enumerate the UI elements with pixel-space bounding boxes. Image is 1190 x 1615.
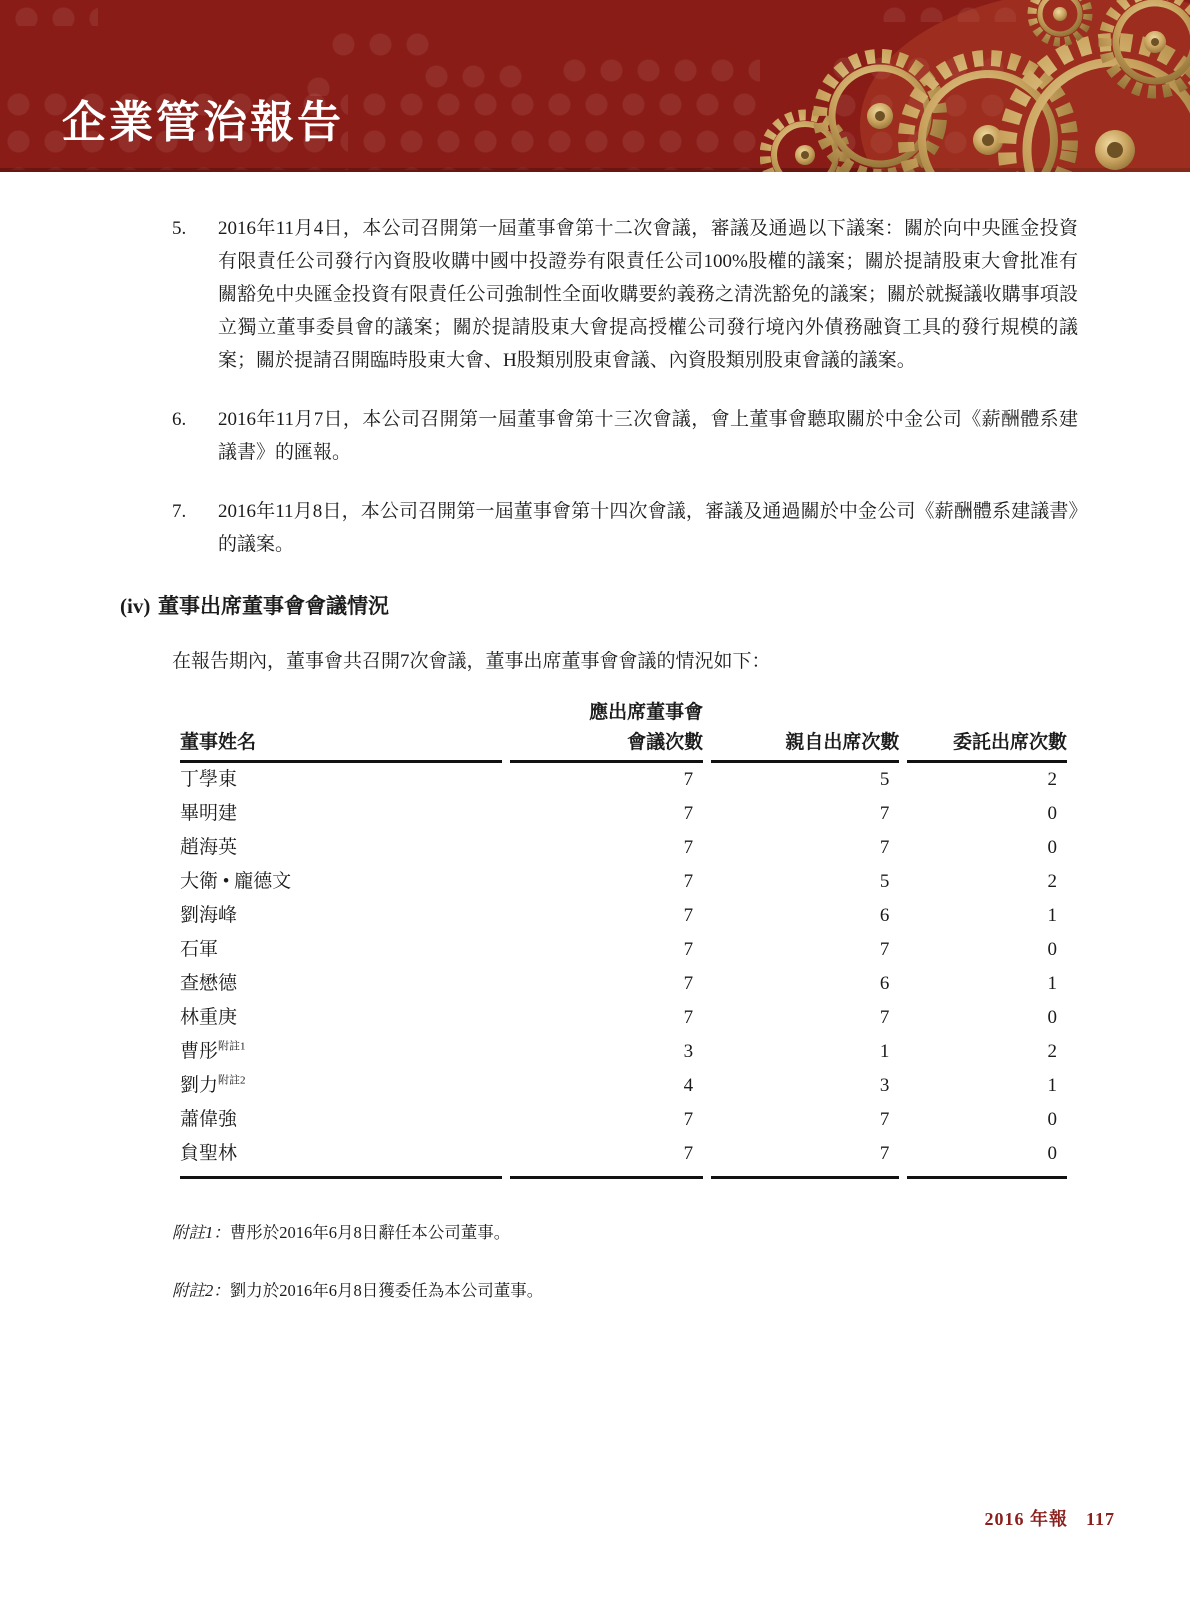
dot-pattern [325, 26, 429, 58]
director-name-cell: 畢明建 [180, 797, 502, 831]
required-meetings-cell: 7 [510, 797, 703, 831]
dot-pattern [8, 0, 98, 26]
table-row: 大衛 • 龐德文 7 5 2 [180, 865, 1067, 899]
director-name: 劉海峰 [180, 905, 237, 926]
proxy-cell: 0 [907, 1103, 1067, 1137]
required-meetings-cell: 7 [510, 1001, 703, 1035]
proxy-cell: 2 [907, 1035, 1067, 1069]
table-row: 劉力附註2 4 3 1 [180, 1069, 1067, 1103]
director-name: 大衛 • 龐德文 [180, 871, 291, 892]
table-row: 查懋德 7 6 1 [180, 967, 1067, 1001]
footnote: 附註2：劉力於2016年6月8日獲委任為本公司董事。 [172, 1279, 1078, 1303]
required-meetings-cell: 7 [510, 899, 703, 933]
director-name-cell: 趙海英 [180, 831, 502, 865]
in-person-cell: 5 [711, 865, 899, 899]
attendance-table: 應出席董事會 董事姓名 會議次數 親自出席次數 委託出席次數 丁學東 7 [172, 698, 1075, 1179]
in-person-cell: 7 [711, 797, 899, 831]
director-name-cell: 查懋德 [180, 967, 502, 1001]
header-attended-by-proxy: 委託出席次數 [907, 728, 1067, 763]
item-text: 2016年11月8日，本公司召開第一屆董事會第十四次會議，審議及通過關於中金公司… [218, 495, 1078, 561]
section-marker: (iv) [120, 591, 158, 621]
required-meetings-cell: 3 [510, 1035, 703, 1069]
table-row: 趙海英 7 7 0 [180, 831, 1067, 865]
attendance-table-body: 丁學東 7 5 2 畢明建 7 7 0 趙海英 7 [180, 763, 1067, 1179]
header-spacer [180, 698, 502, 728]
footnote-ref: 附註1 [218, 1041, 246, 1053]
director-name: 查懋德 [180, 973, 237, 994]
table-row: 曹彤附註1 3 1 2 [180, 1035, 1067, 1069]
dot-pattern [556, 52, 760, 84]
director-name: 趙海英 [180, 837, 237, 858]
required-meetings-cell: 7 [510, 967, 703, 1001]
item-text: 2016年11月4日，本公司召開第一屆董事會第十二次會議，審議及通過以下議案：關… [218, 212, 1078, 377]
table-row: 石軍 7 7 0 [180, 933, 1067, 967]
header-required-line1: 應出席董事會 [510, 698, 703, 728]
proxy-cell: 2 [907, 865, 1067, 899]
director-name: 林重庚 [180, 1007, 237, 1028]
report-name: 2016 年報 [984, 1509, 1068, 1529]
in-person-cell: 7 [711, 1103, 899, 1137]
in-person-cell: 7 [711, 1137, 899, 1179]
page-content: 5. 2016年11月4日，本公司召開第一屆董事會第十二次會議，審議及通過以下議… [0, 212, 1190, 1303]
footnotes: 附註1：曹彤於2016年6月8日辭任本公司董事。 附註2：劉力於2016年6月8… [172, 1221, 1078, 1303]
director-name: 畢明建 [180, 803, 237, 824]
section-title: 董事出席董事會會議情況 [158, 591, 389, 621]
in-person-cell: 7 [711, 1001, 899, 1035]
director-name: 貟聖林 [180, 1143, 237, 1164]
page-footer: 2016 年報117 [984, 1505, 1115, 1531]
footnote: 附註1：曹彤於2016年6月8日辭任本公司董事。 [172, 1221, 1078, 1245]
numbered-item: 5. 2016年11月4日，本公司召開第一屆董事會第十二次會議，審議及通過以下議… [120, 212, 1078, 377]
footnote-label: 附註1： [172, 1223, 230, 1242]
in-person-cell: 3 [711, 1069, 899, 1103]
proxy-cell: 1 [907, 967, 1067, 1001]
item-text: 2016年11月7日，本公司召開第一屆董事會第十三次會議，會上董事會聽取關於中金… [218, 403, 1078, 469]
table-row: 畢明建 7 7 0 [180, 797, 1067, 831]
in-person-cell: 6 [711, 899, 899, 933]
footnote-ref: 附註2 [218, 1075, 246, 1087]
table-row: 貟聖林 7 7 0 [180, 1137, 1067, 1179]
director-name: 曹彤 [180, 1041, 218, 1062]
director-name-cell: 蕭偉強 [180, 1103, 502, 1137]
director-name: 石軍 [180, 939, 218, 960]
director-name-cell: 貟聖林 [180, 1137, 502, 1179]
page-title: 企業管治報告 [62, 98, 344, 149]
dot-pattern [356, 86, 760, 170]
proxy-cell: 0 [907, 933, 1067, 967]
proxy-cell: 1 [907, 899, 1067, 933]
table-row: 丁學東 7 5 2 [180, 763, 1067, 797]
item-number: 7. [172, 495, 218, 561]
proxy-cell: 0 [907, 1137, 1067, 1179]
director-name-cell: 曹彤附註1 [180, 1035, 502, 1069]
dot-pattern [300, 70, 330, 96]
item-number: 5. [172, 212, 218, 377]
header-required-line2: 會議次數 [510, 728, 703, 763]
in-person-cell: 1 [711, 1035, 899, 1069]
header-spacer [711, 698, 899, 728]
director-name-cell: 劉海峰 [180, 899, 502, 933]
attendance-table-header: 應出席董事會 董事姓名 會議次數 親自出席次數 委託出席次數 [180, 698, 1067, 763]
report-page: 企業管治報告 5. 2016年11月4日，本公司召開第一屆董事會第十二次會議，審… [0, 0, 1190, 1615]
director-name-cell: 石軍 [180, 933, 502, 967]
required-meetings-cell: 4 [510, 1069, 703, 1103]
required-meetings-cell: 7 [510, 831, 703, 865]
table-row: 劉海峰 7 6 1 [180, 899, 1067, 933]
header-spacer [907, 698, 1067, 728]
proxy-cell: 0 [907, 1001, 1067, 1035]
section-heading: (iv) 董事出席董事會會議情況 [120, 591, 1078, 621]
footnote-text: 曹彤於2016年6月8日辭任本公司董事。 [230, 1223, 511, 1242]
table-row: 林重庚 7 7 0 [180, 1001, 1067, 1035]
footnote-text: 劉力於2016年6月8日獲委任為本公司董事。 [230, 1281, 544, 1300]
numbered-item: 6. 2016年11月7日，本公司召開第一屆董事會第十三次會議，會上董事會聽取關… [120, 403, 1078, 469]
director-name: 劉力 [180, 1075, 218, 1096]
gears-image [760, 0, 1190, 172]
proxy-cell: 0 [907, 831, 1067, 865]
director-name-cell: 丁學東 [180, 763, 502, 797]
in-person-cell: 6 [711, 967, 899, 1001]
footnote-label: 附註2： [172, 1281, 230, 1300]
header-attended-in-person: 親自出席次數 [711, 728, 899, 763]
director-name-cell: 大衛 • 龐德文 [180, 865, 502, 899]
required-meetings-cell: 7 [510, 1137, 703, 1179]
numbered-list: 5. 2016年11月4日，本公司召開第一屆董事會第十二次會議，審議及通過以下議… [120, 212, 1078, 561]
table-row: 蕭偉強 7 7 0 [180, 1103, 1067, 1137]
item-number: 6. [172, 403, 218, 469]
page-number: 117 [1086, 1509, 1115, 1529]
required-meetings-cell: 7 [510, 933, 703, 967]
in-person-cell: 7 [711, 831, 899, 865]
numbered-item: 7. 2016年11月8日，本公司召開第一屆董事會第十四次會議，審議及通過關於中… [120, 495, 1078, 561]
section-intro: 在報告期內，董事會共召開7次會議，董事出席董事會會議的情況如下： [172, 645, 1078, 678]
header-director-name: 董事姓名 [180, 728, 502, 763]
required-meetings-cell: 7 [510, 1103, 703, 1137]
required-meetings-cell: 7 [510, 763, 703, 797]
proxy-cell: 1 [907, 1069, 1067, 1103]
director-name-cell: 劉力附註2 [180, 1069, 502, 1103]
page-header-banner: 企業管治報告 [0, 0, 1190, 172]
proxy-cell: 0 [907, 797, 1067, 831]
director-name: 蕭偉強 [180, 1109, 237, 1130]
required-meetings-cell: 7 [510, 865, 703, 899]
director-name-cell: 林重庚 [180, 1001, 502, 1035]
in-person-cell: 7 [711, 933, 899, 967]
in-person-cell: 5 [711, 763, 899, 797]
director-name: 丁學東 [180, 769, 237, 790]
dot-pattern [418, 58, 532, 92]
proxy-cell: 2 [907, 763, 1067, 797]
